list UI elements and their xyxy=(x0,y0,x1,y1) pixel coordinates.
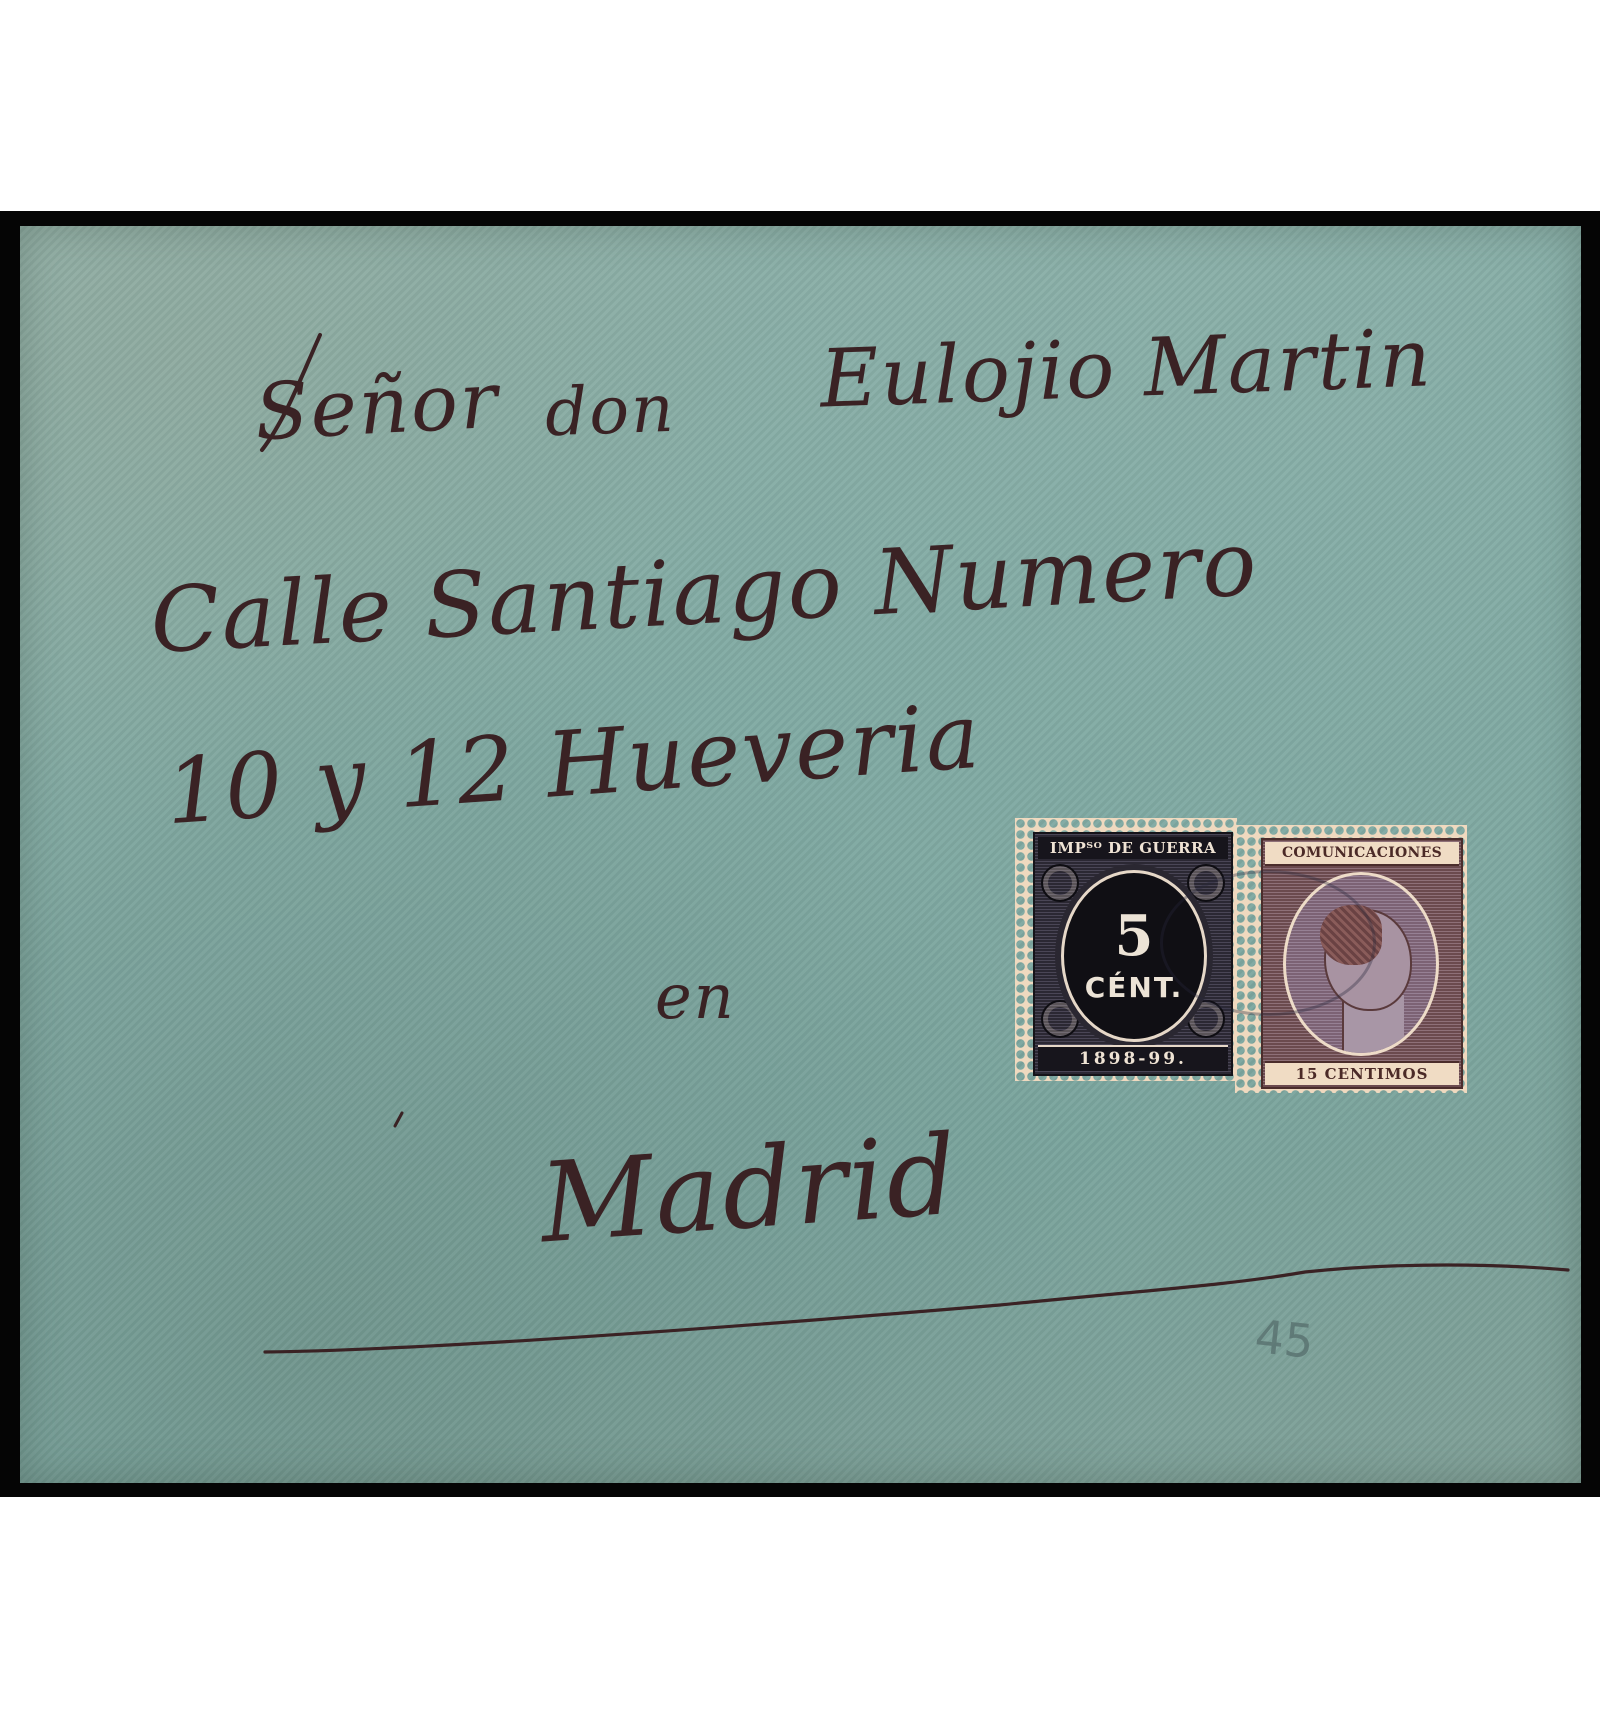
stamp-top-label: COMUNICACIONES xyxy=(1265,842,1459,866)
stamp-frame: IMPᵀᴼ DE GUERRA 5 CÉNT. 1898-99. xyxy=(1033,832,1233,1076)
postage-stamp: COMUNICACIONES 15 CENTIMOS xyxy=(1235,825,1467,1093)
stamp-bottom-label: 15 CENTIMOS xyxy=(1265,1061,1459,1085)
knot-ornament-icon xyxy=(1041,1000,1079,1038)
address-preposition: en xyxy=(655,960,736,1033)
stamp-unit: CÉNT. xyxy=(1064,971,1204,1004)
address-salutation: Señor xyxy=(253,356,501,459)
stamp-bottom-label: 1898-99. xyxy=(1038,1045,1228,1071)
war-tax-stamp: IMPᵀᴼ DE GUERRA 5 CÉNT. 1898-99. xyxy=(1015,818,1237,1081)
stamp-value-oval: 5 CÉNT. xyxy=(1061,870,1207,1042)
stamp-frame: COMUNICACIONES 15 CENTIMOS xyxy=(1261,838,1463,1089)
knot-ornament-icon xyxy=(1041,864,1079,902)
stamp-top-label: IMPᵀᴼ DE GUERRA xyxy=(1038,837,1228,859)
child-king-portrait-icon xyxy=(1283,872,1439,1056)
address-title: don xyxy=(544,370,677,452)
knot-ornament-icon xyxy=(1187,864,1225,902)
stamp-value: 5 xyxy=(1064,903,1204,969)
pencil-note: 45 xyxy=(1252,1309,1316,1369)
